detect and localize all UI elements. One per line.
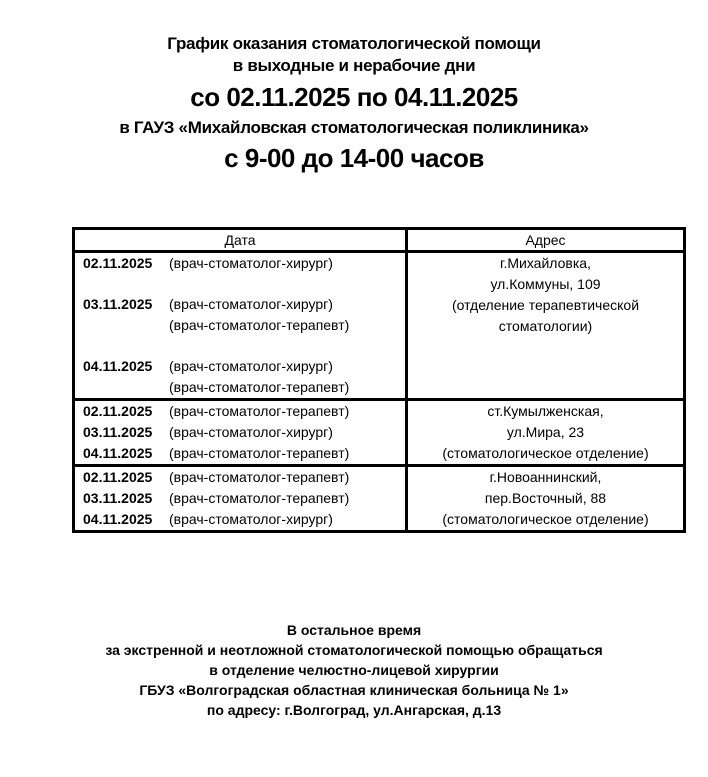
column-header-address: Адрес (407, 229, 685, 252)
footer-line: по адресу: г.Волгоград, ул.Ангарская, д.… (0, 700, 708, 720)
doctor-role: (врач-стоматолог-терапевт) (169, 401, 349, 422)
emergency-note: В остальное время за экстренной и неотло… (0, 620, 708, 720)
table-row: 02.11.2025(врач-стоматолог-хирург)03.11.… (74, 252, 685, 400)
entry-date: 04.11.2025 (75, 356, 169, 377)
schedule-entry: 04.11.2025(врач-стоматолог-хирург) (75, 356, 405, 377)
address-line: стоматологии) (408, 316, 683, 337)
schedule-entry: 03.11.2025(врач-стоматолог-хирург) (75, 422, 405, 443)
doctor-role: (врач-стоматолог-терапевт) (169, 467, 349, 488)
date-cell: 02.11.2025(врач-стоматолог-терапевт)03.1… (74, 466, 407, 532)
doctor-role: (врач-стоматолог-терапевт) (169, 488, 349, 509)
address-cell: г.Михайловка,ул.Коммуны, 109(отделение т… (407, 252, 685, 400)
title-line-1: График оказания стоматологической помощи (0, 33, 708, 55)
address-line: (стоматологическое отделение) (408, 443, 683, 464)
title-line-2: в выходные и нерабочие дни (0, 55, 708, 77)
doctor-role: (врач-стоматолог-терапевт) (169, 443, 349, 464)
footer-line: В остальное время (0, 620, 708, 640)
entry-date: 03.11.2025 (75, 488, 169, 509)
address-line: (стоматологическое отделение) (408, 509, 683, 530)
schedule-entry: 04.11.2025(врач-стоматолог-терапевт) (75, 443, 405, 464)
schedule-entry: 04.11.2025(врач-стоматолог-терапевт) (75, 377, 405, 398)
spacer (75, 274, 405, 294)
footer-line: за экстренной и неотложной стоматологиче… (0, 640, 708, 660)
doctor-role: (врач-стоматолог-хирург) (169, 356, 333, 377)
date-range: со 02.11.2025 по 04.11.2025 (0, 82, 708, 112)
address-line: г.Михайловка, (408, 253, 683, 274)
table-row: 02.11.2025(врач-стоматолог-терапевт)03.1… (74, 466, 685, 532)
schedule-entry: 04.11.2025(врач-стоматолог-хирург) (75, 509, 405, 530)
table-row: 02.11.2025(врач-стоматолог-терапевт)03.1… (74, 400, 685, 466)
schedule-table: Дата Адрес 02.11.2025(врач-стоматолог-хи… (72, 227, 686, 533)
address-line: ул.Мира, 23 (408, 422, 683, 443)
doctor-role: (врач-стоматолог-терапевт) (169, 377, 349, 398)
spacer (75, 336, 405, 356)
address-line: пер.Восточный, 88 (408, 488, 683, 509)
address-line: ул.Коммуны, 109 (408, 274, 683, 295)
doctor-role: (врач-стоматолог-хирург) (169, 294, 333, 315)
entry-date: 02.11.2025 (75, 253, 169, 274)
footer-line: ГБУЗ «Волгоградская областная клиническа… (0, 680, 708, 700)
schedule-entry: 02.11.2025(врач-стоматолог-хирург) (75, 253, 405, 274)
entry-date: 03.11.2025 (75, 422, 169, 443)
entry-date: 04.11.2025 (75, 509, 169, 530)
schedule-entry: 03.11.2025(врач-стоматолог-терапевт) (75, 315, 405, 336)
date-cell: 02.11.2025(врач-стоматолог-терапевт)03.1… (74, 400, 407, 466)
schedule-entry: 02.11.2025(врач-стоматолог-терапевт) (75, 401, 405, 422)
address-line: г.Новоаннинский, (408, 467, 683, 488)
column-header-date: Дата (74, 229, 407, 252)
entry-date: 03.11.2025 (75, 294, 169, 315)
date-cell: 02.11.2025(врач-стоматолог-хирург)03.11.… (74, 252, 407, 400)
footer-line: в отделение челюстно-лицевой хирургии (0, 660, 708, 680)
address-cell: ст.Кумылженская,ул.Мира, 23(стоматологич… (407, 400, 685, 466)
schedule-entry: 02.11.2025(врач-стоматолог-терапевт) (75, 467, 405, 488)
doctor-role: (врач-стоматолог-хирург) (169, 422, 333, 443)
schedule-entry: 03.11.2025(врач-стоматолог-хирург) (75, 294, 405, 315)
working-hours: с 9-00 до 14-00 часов (0, 143, 708, 173)
address-cell: г.Новоаннинский,пер.Восточный, 88(стомат… (407, 466, 685, 532)
doctor-role: (врач-стоматолог-терапевт) (169, 315, 349, 336)
schedule-entry: 03.11.2025(врач-стоматолог-терапевт) (75, 488, 405, 509)
entry-date: 02.11.2025 (75, 401, 169, 422)
institution-name: в ГАУЗ «Михайловская стоматологическая п… (0, 117, 708, 139)
address-line: ст.Кумылженская, (408, 401, 683, 422)
address-line: (отделение терапевтической (408, 295, 683, 316)
entry-date: 04.11.2025 (75, 443, 169, 464)
entry-date: 02.11.2025 (75, 467, 169, 488)
doctor-role: (врач-стоматолог-хирург) (169, 509, 333, 530)
doctor-role: (врач-стоматолог-хирург) (169, 253, 333, 274)
